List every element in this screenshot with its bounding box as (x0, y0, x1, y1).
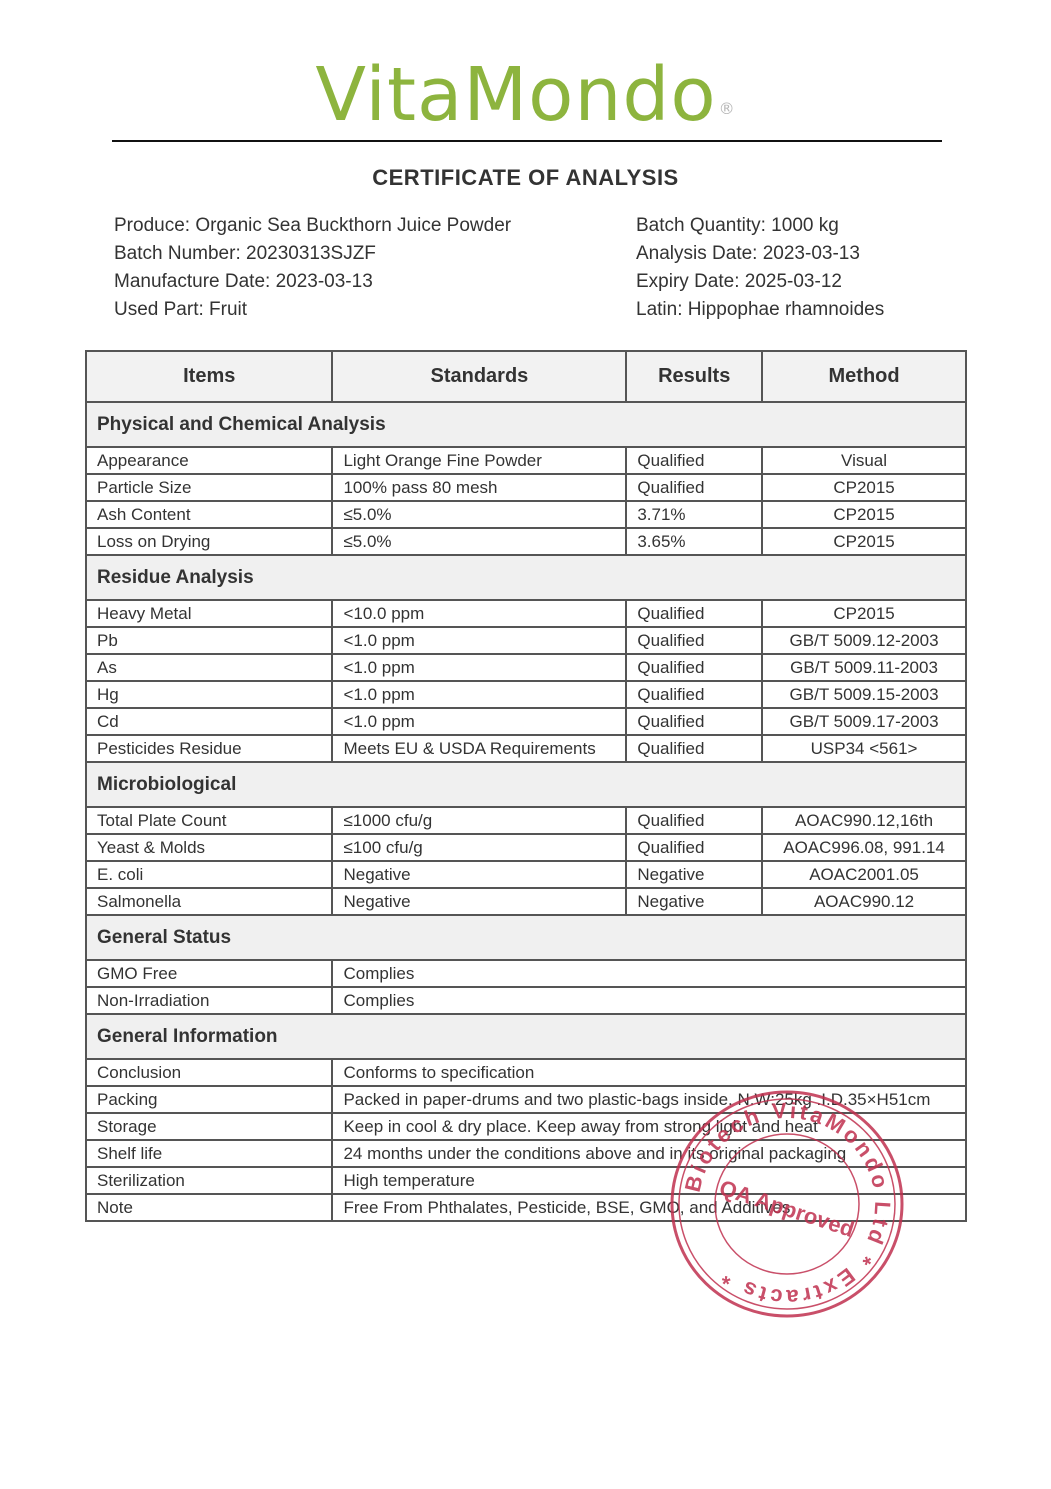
method-cell: AOAC990.12,16th (762, 807, 966, 834)
item-cell: Cd (86, 708, 332, 735)
standard-cell: <1.0 ppm (332, 681, 626, 708)
item-cell: Yeast & Molds (86, 834, 332, 861)
result-cell: Qualified (626, 807, 762, 834)
registered-mark: ® (719, 99, 736, 118)
result-cell: Qualified (626, 735, 762, 762)
table-row: Ash Content≤5.0%3.71%CP2015 (86, 501, 966, 528)
header-method: Method (762, 351, 966, 402)
header-items: Items (86, 351, 332, 402)
result-cell: Qualified (626, 834, 762, 861)
standard-cell: Complies (332, 960, 966, 987)
method-cell: GB/T 5009.15-2003 (762, 681, 966, 708)
item-cell: E. coli (86, 861, 332, 888)
standard-cell: Packed in paper-drums and two plastic-ba… (332, 1086, 966, 1113)
item-cell: Storage (86, 1113, 332, 1140)
table-row: Cd<1.0 ppmQualifiedGB/T 5009.17-2003 (86, 708, 966, 735)
method-cell: GB/T 5009.11-2003 (762, 654, 966, 681)
section-header-row: Microbiological (86, 762, 966, 807)
table-row: SterilizationHigh temperature (86, 1167, 966, 1194)
standard-cell: <1.0 ppm (332, 654, 626, 681)
produce-field: Produce: Organic Sea Buckthorn Juice Pow… (114, 212, 511, 240)
result-cell: Qualified (626, 708, 762, 735)
table-row: NoteFree From Phthalates, Pesticide, BSE… (86, 1194, 966, 1221)
product-info-right: Batch Quantity: 1000 kg Analysis Date: 2… (636, 212, 884, 324)
result-cell: 3.65% (626, 528, 762, 555)
item-cell: Heavy Metal (86, 600, 332, 627)
standard-cell: ≤1000 cfu/g (332, 807, 626, 834)
table-row: Total Plate Count≤1000 cfu/gQualifiedAOA… (86, 807, 966, 834)
method-cell: CP2015 (762, 474, 966, 501)
item-cell: Packing (86, 1086, 332, 1113)
table-row: Yeast & Molds≤100 cfu/gQualifiedAOAC996.… (86, 834, 966, 861)
expiry-date-field: Expiry Date: 2025-03-12 (636, 268, 884, 296)
vitamondo-logo: VitaMondo® (0, 50, 1051, 140)
method-cell: CP2015 (762, 501, 966, 528)
item-cell: Pesticides Residue (86, 735, 332, 762)
item-cell: Conclusion (86, 1059, 332, 1086)
standard-cell: <1.0 ppm (332, 708, 626, 735)
section-title: Microbiological (86, 762, 966, 807)
table-row: E. coliNegativeNegativeAOAC2001.05 (86, 861, 966, 888)
item-cell: Pb (86, 627, 332, 654)
method-cell: CP2015 (762, 600, 966, 627)
brand-name: VitaMondo (315, 52, 716, 138)
result-cell: Qualified (626, 681, 762, 708)
item-cell: Shelf life (86, 1140, 332, 1167)
table-row: Non-IrradiationComplies (86, 987, 966, 1014)
result-cell: Qualified (626, 654, 762, 681)
standard-cell: 24 months under the conditions above and… (332, 1140, 966, 1167)
table-header-row: Items Standards Results Method (86, 351, 966, 402)
item-cell: Sterilization (86, 1167, 332, 1194)
section-title: Physical and Chemical Analysis (86, 402, 966, 447)
table-row: GMO FreeComplies (86, 960, 966, 987)
table-row: As<1.0 ppmQualifiedGB/T 5009.11-2003 (86, 654, 966, 681)
result-cell: Negative (626, 888, 762, 915)
method-cell: AOAC2001.05 (762, 861, 966, 888)
analysis-date-field: Analysis Date: 2023-03-13 (636, 240, 884, 268)
product-info-left: Produce: Organic Sea Buckthorn Juice Pow… (114, 212, 511, 324)
method-cell: CP2015 (762, 528, 966, 555)
standard-cell: Meets EU & USDA Requirements (332, 735, 626, 762)
section-header-row: Residue Analysis (86, 555, 966, 600)
table-body: Physical and Chemical AnalysisAppearance… (86, 402, 966, 1221)
result-cell: Negative (626, 861, 762, 888)
result-cell: Qualified (626, 600, 762, 627)
item-cell: Note (86, 1194, 332, 1221)
item-cell: As (86, 654, 332, 681)
used-part-field: Used Part: Fruit (114, 296, 511, 324)
batch-quantity-field: Batch Quantity: 1000 kg (636, 212, 884, 240)
table-row: PackingPacked in paper-drums and two pla… (86, 1086, 966, 1113)
header-divider (112, 140, 942, 142)
item-cell: Non-Irradiation (86, 987, 332, 1014)
item-cell: Ash Content (86, 501, 332, 528)
header-standards: Standards (332, 351, 626, 402)
table-row: Loss on Drying≤5.0%3.65%CP2015 (86, 528, 966, 555)
standard-cell: Light Orange Fine Powder (332, 447, 626, 474)
table-row: Shelf life24 months under the conditions… (86, 1140, 966, 1167)
standard-cell: ≤100 cfu/g (332, 834, 626, 861)
table-row: Pb<1.0 ppmQualifiedGB/T 5009.12-2003 (86, 627, 966, 654)
item-cell: Total Plate Count (86, 807, 332, 834)
result-cell: 3.71% (626, 501, 762, 528)
table-row: Hg<1.0 ppmQualifiedGB/T 5009.15-2003 (86, 681, 966, 708)
method-cell: AOAC990.12 (762, 888, 966, 915)
table-row: Particle Size100% pass 80 meshQualifiedC… (86, 474, 966, 501)
section-header-row: Physical and Chemical Analysis (86, 402, 966, 447)
result-cell: Qualified (626, 474, 762, 501)
section-title: General Information (86, 1014, 966, 1059)
section-title: Residue Analysis (86, 555, 966, 600)
method-cell: Visual (762, 447, 966, 474)
analysis-table: Items Standards Results Method Physical … (85, 350, 967, 1222)
item-cell: GMO Free (86, 960, 332, 987)
standard-cell: 100% pass 80 mesh (332, 474, 626, 501)
document-title: CERTIFICATE OF ANALYSIS (0, 165, 1051, 191)
item-cell: Salmonella (86, 888, 332, 915)
standard-cell: High temperature (332, 1167, 966, 1194)
method-cell: GB/T 5009.12-2003 (762, 627, 966, 654)
table-row: Heavy Metal<10.0 ppmQualifiedCP2015 (86, 600, 966, 627)
method-cell: AOAC996.08, 991.14 (762, 834, 966, 861)
method-cell: USP34 <561> (762, 735, 966, 762)
item-cell: Appearance (86, 447, 332, 474)
item-cell: Particle Size (86, 474, 332, 501)
item-cell: Hg (86, 681, 332, 708)
batch-number-field: Batch Number: 20230313SJZF (114, 240, 511, 268)
item-cell: Loss on Drying (86, 528, 332, 555)
section-header-row: General Status (86, 915, 966, 960)
table-row: ConclusionConforms to specification (86, 1059, 966, 1086)
header-results: Results (626, 351, 762, 402)
standard-cell: Free From Phthalates, Pesticide, BSE, GM… (332, 1194, 966, 1221)
result-cell: Qualified (626, 627, 762, 654)
standard-cell: <1.0 ppm (332, 627, 626, 654)
manufacture-date-field: Manufacture Date: 2023-03-13 (114, 268, 511, 296)
section-header-row: General Information (86, 1014, 966, 1059)
standard-cell: Keep in cool & dry place. Keep away from… (332, 1113, 966, 1140)
table-row: StorageKeep in cool & dry place. Keep aw… (86, 1113, 966, 1140)
standard-cell: Conforms to specification (332, 1059, 966, 1086)
latin-name-field: Latin: Hippophae rhamnoides (636, 296, 884, 324)
table-row: AppearanceLight Orange Fine PowderQualif… (86, 447, 966, 474)
method-cell: GB/T 5009.17-2003 (762, 708, 966, 735)
standard-cell: ≤5.0% (332, 501, 626, 528)
result-cell: Qualified (626, 447, 762, 474)
standard-cell: <10.0 ppm (332, 600, 626, 627)
table-row: Pesticides ResidueMeets EU & USDA Requir… (86, 735, 966, 762)
standard-cell: Negative (332, 861, 626, 888)
standard-cell: ≤5.0% (332, 528, 626, 555)
standard-cell: Negative (332, 888, 626, 915)
section-title: General Status (86, 915, 966, 960)
standard-cell: Complies (332, 987, 966, 1014)
table-row: SalmonellaNegativeNegativeAOAC990.12 (86, 888, 966, 915)
